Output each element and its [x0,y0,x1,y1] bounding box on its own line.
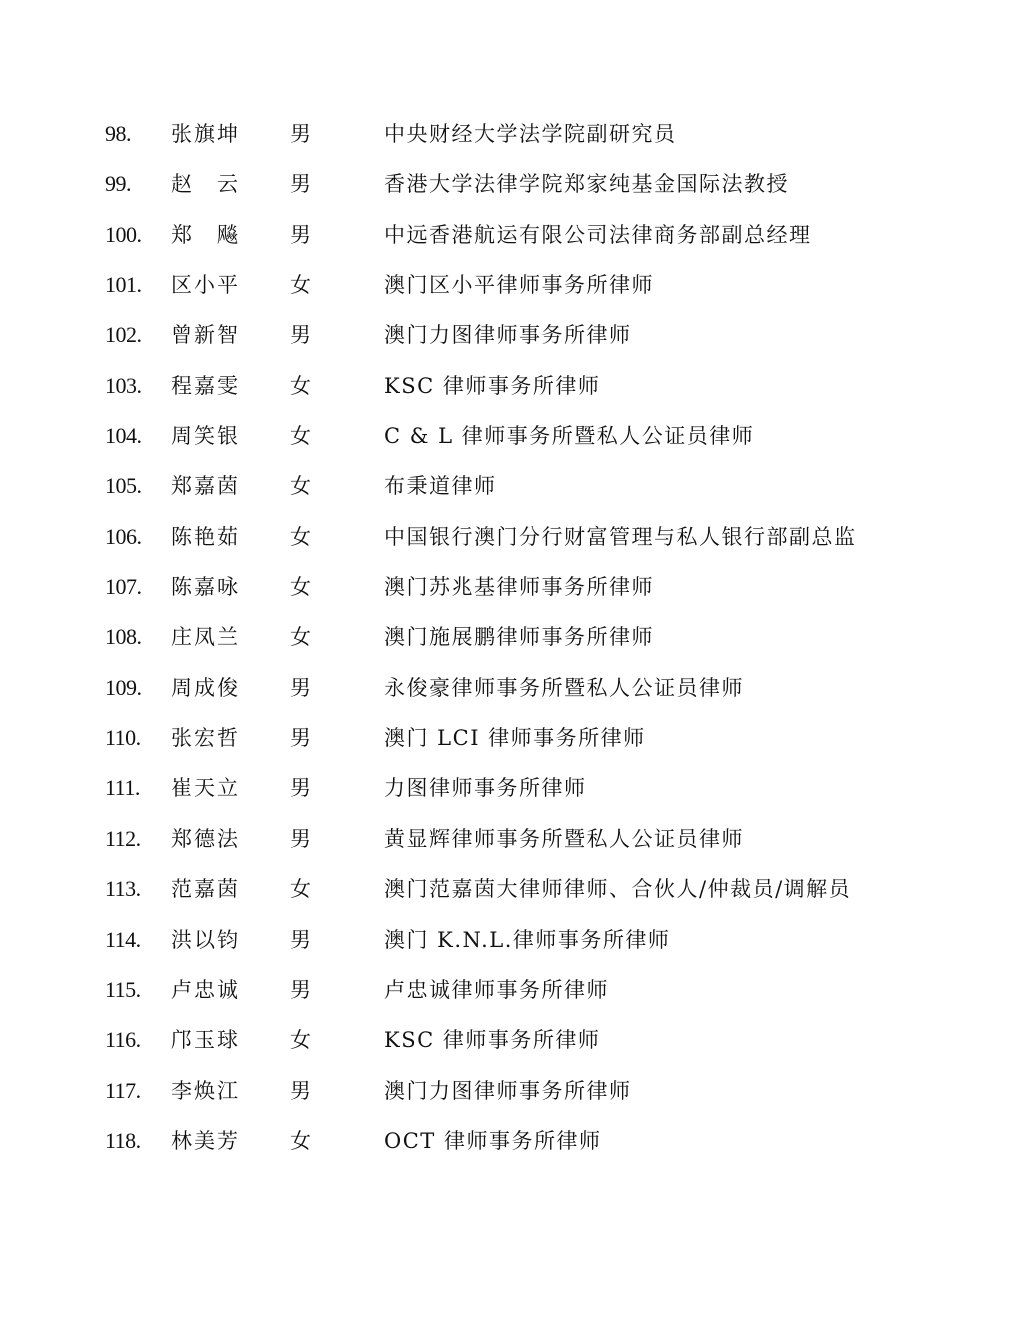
entry-name: 崔天立 [171,770,240,806]
entry-gender: 男 [290,972,311,1008]
entry-number: 117. [105,1073,141,1109]
entry-gender: 男 [290,922,311,958]
entry-gender: 女 [290,418,311,454]
list-item: 104. 周笑银 女 C & L 律师事务所暨私人公证员律师 [0,418,1020,468]
list-item: 106. 陈艳茹 女 中国银行澳门分行财富管理与私人银行部副总监 [0,519,1020,569]
entry-gender: 女 [290,1123,311,1159]
entry-number: 103. [105,368,142,404]
entry-gender: 女 [290,1022,311,1058]
entry-affiliation: 澳门 K.N.L.律师事务所律师 [384,922,670,958]
entry-name: 邝玉球 [171,1022,240,1058]
list-item: 105. 郑嘉茵 女 布秉道律师 [0,468,1020,518]
entry-number: 116. [105,1022,141,1058]
list-item: 108. 庄凤兰 女 澳门施展鹏律师事务所律师 [0,619,1020,669]
entry-gender: 女 [290,619,311,655]
list-item: 112. 郑德法 男 黄显辉律师事务所暨私人公证员律师 [0,821,1020,871]
entry-name: 周笑银 [171,418,240,454]
entry-name: 庄凤兰 [171,619,240,655]
entry-affiliation: KSC 律师事务所律师 [384,368,600,404]
entry-number: 112. [105,821,141,857]
entry-number: 118. [105,1123,141,1159]
entry-number: 106. [105,519,142,555]
entry-gender: 女 [290,519,311,555]
entry-gender: 女 [290,468,311,504]
entry-name: 曾新智 [171,317,240,353]
entry-name: 李焕江 [171,1073,240,1109]
list-item: 113. 范嘉茵 女 澳门范嘉茵大律师律师、合伙人/仲裁员/调解员 [0,871,1020,921]
entry-affiliation: C & L 律师事务所暨私人公证员律师 [384,418,754,454]
entry-gender: 女 [290,871,311,907]
entry-gender: 男 [290,166,311,202]
entry-affiliation: 澳门区小平律师事务所律师 [384,267,654,303]
entry-name: 郑德法 [171,821,240,857]
entry-name: 周成俊 [171,670,240,706]
list-item: 98. 张旗坤 男 中央财经大学法学院副研究员 [0,116,1020,166]
document-page: 98. 张旗坤 男 中央财经大学法学院副研究员 99. 赵 云 男 香港大学法律… [0,0,1020,1320]
entry-affiliation: 布秉道律师 [384,468,497,504]
entry-gender: 男 [290,720,311,756]
list-item: 110. 张宏哲 男 澳门 LCI 律师事务所律师 [0,720,1020,770]
entry-name: 卢忠诚 [171,972,240,1008]
entry-number: 98. [105,116,131,152]
entry-number: 108. [105,619,142,655]
entry-gender: 男 [290,317,311,353]
entry-gender: 男 [290,217,311,253]
list-item: 101. 区小平 女 澳门区小平律师事务所律师 [0,267,1020,317]
list-item: 103. 程嘉雯 女 KSC 律师事务所律师 [0,368,1020,418]
list-item: 111. 崔天立 男 力图律师事务所律师 [0,770,1020,820]
entry-affiliation: 澳门力图律师事务所律师 [384,1073,632,1109]
entry-number: 111. [105,770,140,806]
entry-name: 张旗坤 [171,116,240,152]
entry-affiliation: OCT 律师事务所律师 [384,1123,601,1159]
entry-gender: 女 [290,368,311,404]
entry-affiliation: 卢忠诚律师事务所律师 [384,972,609,1008]
list-item: 102. 曾新智 男 澳门力图律师事务所律师 [0,317,1020,367]
entry-number: 113. [105,871,141,907]
list-item: 99. 赵 云 男 香港大学法律学院郑家纯基金国际法教授 [0,166,1020,216]
list-item: 100. 郑 飚 男 中远香港航运有限公司法律商务部副总经理 [0,217,1020,267]
list-item: 107. 陈嘉咏 女 澳门苏兆基律师事务所律师 [0,569,1020,619]
entry-number: 109. [105,670,142,706]
entry-gender: 男 [290,770,311,806]
entry-name: 程嘉雯 [171,368,240,404]
entry-affiliation: 永俊豪律师事务所暨私人公证员律师 [384,670,744,706]
entry-number: 104. [105,418,142,454]
entry-affiliation: 澳门苏兆基律师事务所律师 [384,569,654,605]
entry-affiliation: 中央财经大学法学院副研究员 [384,116,677,152]
member-list: 98. 张旗坤 男 中央财经大学法学院副研究员 99. 赵 云 男 香港大学法律… [0,116,1020,1173]
entry-gender: 女 [290,569,311,605]
entry-gender: 男 [290,1073,311,1109]
entry-gender: 女 [290,267,311,303]
entry-affiliation: 黄显辉律师事务所暨私人公证员律师 [384,821,744,857]
entry-affiliation: 中国银行澳门分行财富管理与私人银行部副总监 [384,519,857,555]
list-item: 116. 邝玉球 女 KSC 律师事务所律师 [0,1022,1020,1072]
entry-number: 107. [105,569,142,605]
entry-name: 林美芳 [171,1123,240,1159]
entry-affiliation: 澳门范嘉茵大律师律师、合伙人/仲裁员/调解员 [384,871,851,907]
entry-affiliation: KSC 律师事务所律师 [384,1022,600,1058]
entry-number: 102. [105,317,142,353]
entry-number: 114. [105,922,141,958]
list-item: 117. 李焕江 男 澳门力图律师事务所律师 [0,1073,1020,1123]
entry-gender: 男 [290,821,311,857]
entry-number: 100. [105,217,142,253]
entry-affiliation: 澳门施展鹏律师事务所律师 [384,619,654,655]
list-item: 114. 洪以钧 男 澳门 K.N.L.律师事务所律师 [0,922,1020,972]
entry-name: 陈艳茹 [171,519,240,555]
entry-number: 115. [105,972,141,1008]
entry-number: 105. [105,468,142,504]
entry-name: 陈嘉咏 [171,569,240,605]
list-item: 118. 林美芳 女 OCT 律师事务所律师 [0,1123,1020,1173]
list-item: 115. 卢忠诚 男 卢忠诚律师事务所律师 [0,972,1020,1022]
entry-affiliation: 澳门 LCI 律师事务所律师 [384,720,646,756]
list-item: 109. 周成俊 男 永俊豪律师事务所暨私人公证员律师 [0,670,1020,720]
entry-name: 郑 飚 [171,217,240,253]
entry-affiliation: 澳门力图律师事务所律师 [384,317,632,353]
entry-affiliation: 香港大学法律学院郑家纯基金国际法教授 [384,166,789,202]
entry-name: 范嘉茵 [171,871,240,907]
entry-affiliation: 力图律师事务所律师 [384,770,587,806]
entry-name: 张宏哲 [171,720,240,756]
entry-gender: 男 [290,116,311,152]
entry-number: 110. [105,720,141,756]
entry-number: 99. [105,166,131,202]
entry-gender: 男 [290,670,311,706]
entry-affiliation: 中远香港航运有限公司法律商务部副总经理 [384,217,812,253]
entry-number: 101. [105,267,142,303]
entry-name: 区小平 [171,267,240,303]
entry-name: 洪以钧 [171,922,240,958]
entry-name: 赵 云 [171,166,240,202]
entry-name: 郑嘉茵 [171,468,240,504]
